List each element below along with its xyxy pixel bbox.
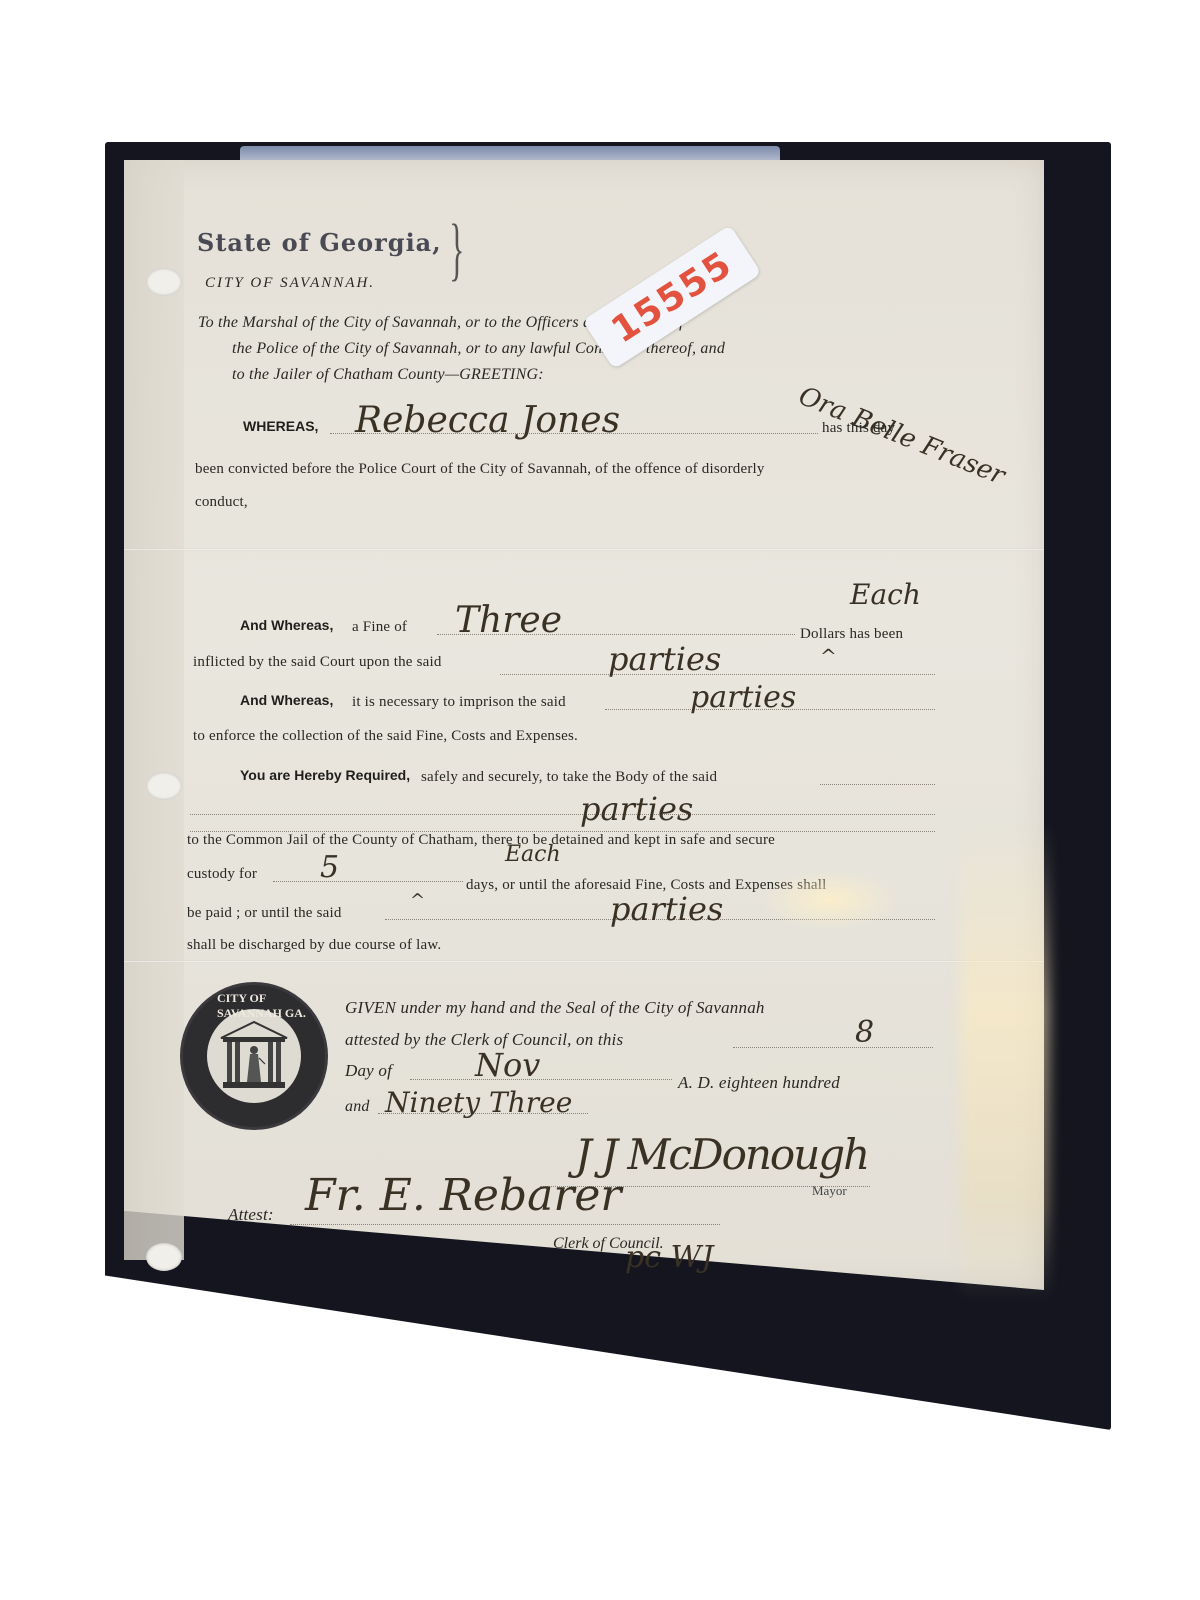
handwritten-party-1: parties bbox=[608, 640, 721, 678]
handwritten-party-2: parties bbox=[690, 680, 796, 715]
fine-text: a Fine of bbox=[352, 619, 407, 636]
required-label: You are Hereby Required, bbox=[240, 767, 410, 783]
header-brace: } bbox=[449, 210, 464, 290]
handwritten-insert-each: Each bbox=[850, 578, 921, 611]
fill-line bbox=[190, 813, 935, 815]
ad-text: A. D. eighteen hundred bbox=[678, 1073, 840, 1093]
day-of-label: Day of bbox=[345, 1061, 392, 1081]
imprison-label: And Whereas, bbox=[240, 692, 333, 708]
address-line-3: to the Jailer of Chatham County—GREETING… bbox=[232, 366, 544, 384]
mayor-label: Mayor bbox=[812, 1183, 847, 1199]
paper-left-margin bbox=[124, 160, 184, 1260]
handwritten-days-each: Each bbox=[505, 842, 561, 867]
clerk-signature: Fr. E. Rebarer bbox=[305, 1170, 621, 1221]
whereas-suffix: has this day bbox=[822, 420, 895, 437]
temple-justice-icon bbox=[219, 1020, 289, 1092]
and-label: and bbox=[345, 1098, 370, 1116]
custody-label: custody for bbox=[187, 866, 257, 883]
light-glare bbox=[960, 820, 1050, 1300]
paid-label: be paid ; or until the said bbox=[187, 905, 342, 922]
fine-label: And Whereas, bbox=[240, 617, 333, 633]
handwritten-month: Nov bbox=[475, 1046, 540, 1084]
handwritten-party-4: parties bbox=[610, 890, 723, 928]
handwritten-days: 5 bbox=[320, 850, 339, 885]
fill-line bbox=[410, 1078, 672, 1080]
clerk-initials: pc WJ bbox=[625, 1240, 713, 1275]
given-line-1: GIVEN under my hand and the Seal of the … bbox=[345, 998, 765, 1018]
handwritten-year: Ninety Three bbox=[385, 1086, 572, 1119]
whereas-line-3: conduct, bbox=[195, 494, 248, 511]
handwritten-caret: ^ bbox=[820, 644, 837, 668]
whereas-line-2: been convicted before the Police Court o… bbox=[195, 461, 765, 478]
handwritten-defendant-name: Rebecca Jones bbox=[355, 400, 620, 441]
clerk-signature-line bbox=[290, 1223, 720, 1225]
city-seal: CITY OF SAVANNAH GA. bbox=[183, 985, 325, 1127]
required-text: safely and securely, to take the Body of… bbox=[421, 769, 717, 786]
fine-line-2: inflicted by the said Court upon the sai… bbox=[193, 654, 442, 671]
light-glare bbox=[760, 870, 900, 930]
imprison-line-2: to enforce the collection of the said Fi… bbox=[193, 728, 578, 745]
required-line-3: to the Common Jail of the County of Chat… bbox=[187, 832, 775, 849]
attest-label: Attest: bbox=[228, 1205, 274, 1225]
punch-hole bbox=[146, 772, 182, 800]
handwritten-day: 8 bbox=[855, 1015, 874, 1050]
handwritten-caret-2: ^ bbox=[410, 890, 425, 911]
discharged-line: shall be discharged by due course of law… bbox=[187, 937, 441, 954]
punch-hole bbox=[146, 268, 182, 296]
fold-line bbox=[124, 548, 1044, 551]
handwritten-party-3: parties bbox=[580, 790, 693, 828]
fill-line bbox=[273, 880, 463, 882]
city-title: CITY OF SAVANNAH. bbox=[205, 275, 375, 292]
fill-line bbox=[820, 783, 935, 785]
punch-hole bbox=[146, 1243, 182, 1271]
fold-line bbox=[124, 960, 1044, 963]
imprison-text: it is necessary to imprison the said bbox=[352, 694, 566, 711]
seal-ring-text: CITY OF SAVANNAH GA. bbox=[217, 991, 325, 1021]
fill-line bbox=[733, 1046, 933, 1048]
whereas-label: WHEREAS, bbox=[243, 418, 318, 434]
state-title: State of Georgia, bbox=[197, 228, 442, 257]
handwritten-fine-amount: Three bbox=[455, 600, 562, 641]
fine-suffix: Dollars has been bbox=[800, 626, 903, 643]
